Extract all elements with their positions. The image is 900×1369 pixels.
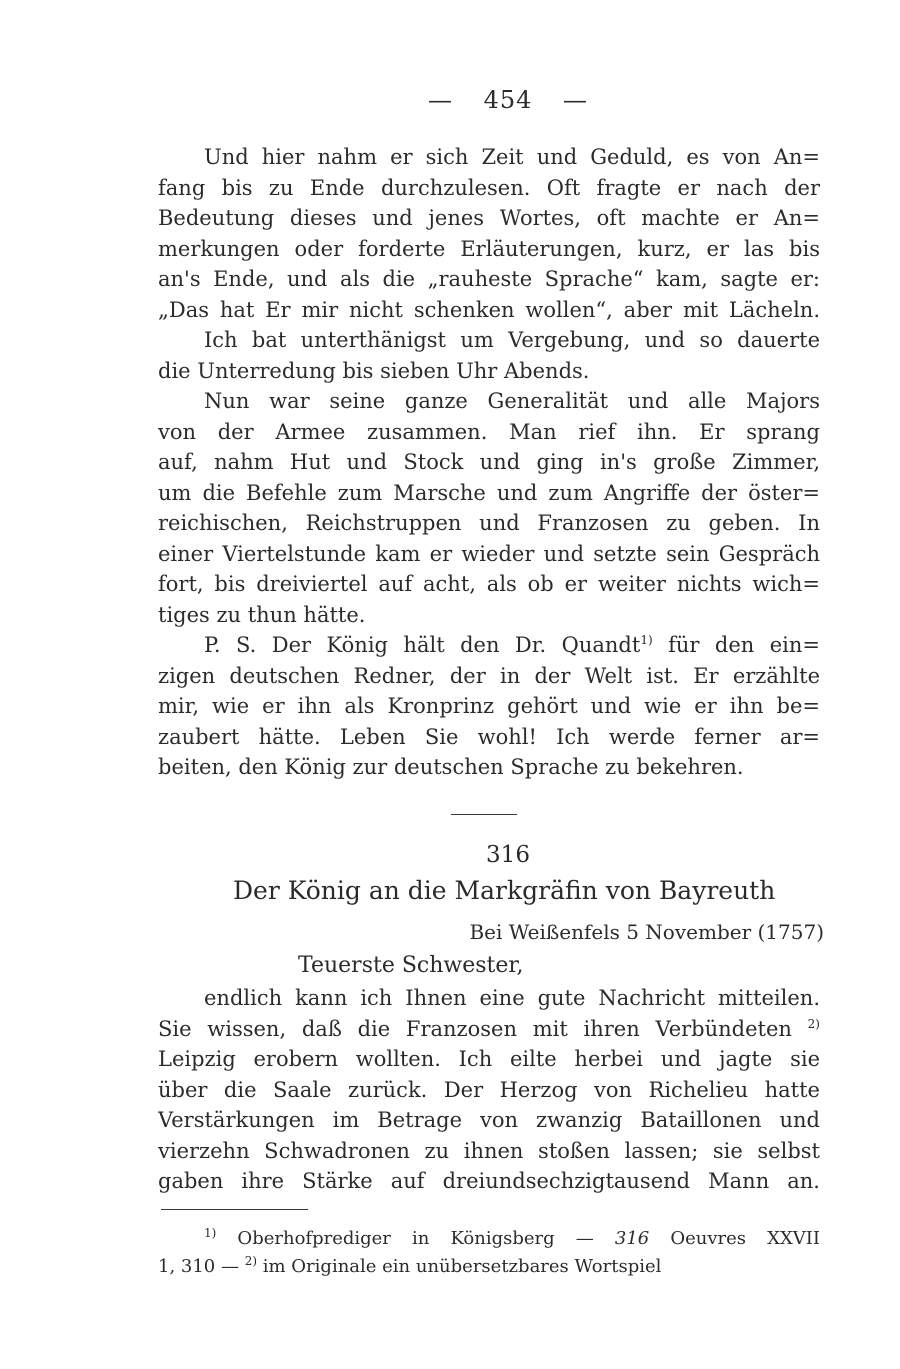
text-line: von der Armee zusammen. Man rief ihn. Er… xyxy=(158,417,820,448)
paragraph-1: Und hier nahm er sich Zeit und Geduld, e… xyxy=(158,142,820,325)
footnote-text: Oberhofprediger in Königsberg — xyxy=(216,1228,615,1249)
text-line: um die Befehle zum Marsche und zum Angri… xyxy=(158,478,820,509)
letter-number: 316 xyxy=(158,842,858,868)
text-line: Leipzig erobern wollten. Ich eilte herbe… xyxy=(158,1044,820,1075)
footnote-ref-2[interactable]: 2) xyxy=(808,1017,820,1031)
text-line: Und hier nahm er sich Zeit und Geduld, e… xyxy=(158,142,820,173)
text-line: Ich bat unterthänigst um Vergebung, und … xyxy=(158,325,820,356)
page-number: 454 xyxy=(484,86,533,114)
section-divider xyxy=(451,814,517,815)
text-line: Sie wissen, daß die Franzosen mit ihren … xyxy=(158,1014,820,1045)
text-line: beiten, den König zur deutschen Sprache … xyxy=(158,752,820,783)
footnote-marker-1: 1) xyxy=(204,1226,216,1240)
page-header: — 454 — xyxy=(158,86,858,114)
paragraph-3: Nun war seine ganze Generalität und alle… xyxy=(158,386,820,630)
letter-body: endlich kann ich Ihnen eine gute Nachric… xyxy=(158,983,820,1197)
text-line: mir, wie er ihn als Kronprinz gehört und… xyxy=(158,691,820,722)
letter-place-date: Bei Weißenfels 5 November (1757) xyxy=(469,920,824,944)
footnote-ref-1[interactable]: 1) xyxy=(640,633,652,647)
footnotes: 1) Oberhofprediger in Königsberg — 316 O… xyxy=(158,1225,820,1281)
text-line: tiges zu thun hätte. xyxy=(158,600,820,631)
paragraph-2: Ich bat unterthänigst um Vergebung, und … xyxy=(158,325,820,386)
text-line: Nun war seine ganze Generalität und alle… xyxy=(158,386,820,417)
text-line: zigen deutschen Redner, der in der Welt … xyxy=(158,661,820,692)
text-line: einer Viertelstunde kam er wieder und se… xyxy=(158,539,820,570)
footnote-text: 1, 310 — xyxy=(158,1256,245,1277)
text-line: an's Ende, und als die „rauheste Sprache… xyxy=(158,264,820,295)
letter-title: Der König an die Markgräfin von Bayreuth xyxy=(233,876,775,905)
footnote-divider xyxy=(161,1209,308,1210)
text-line: die Unterredung bis sieben Uhr Abends. xyxy=(158,356,820,387)
postscript-text: P. S. Der König hält den Dr. Quandt xyxy=(204,633,640,657)
header-dash-right: — xyxy=(563,86,588,114)
letter-salutation: Teuerste Schwester, xyxy=(298,953,524,978)
footnote-letter-ref: 316 xyxy=(615,1228,649,1249)
text-line: „Das hat Er mir nicht schenken wollen“, … xyxy=(158,295,820,326)
text-line: über die Saale zurück. Der Herzog von Ri… xyxy=(158,1075,820,1106)
footnote-line: 1) Oberhofprediger in Königsberg — 316 O… xyxy=(158,1225,820,1253)
text-line: Bedeutung dieses und jenes Wortes, oft m… xyxy=(158,203,820,234)
text-line: merkungen oder forderte Erläuterungen, k… xyxy=(158,234,820,265)
text-line: fang bis zu Ende durchzulesen. Oft fragt… xyxy=(158,173,820,204)
header-dash-left: — xyxy=(428,86,453,114)
postscript-text-tail: für den ein= xyxy=(653,633,820,657)
footnote-text: im Originale ein unübersetzbares Wortspi… xyxy=(257,1256,661,1277)
footnote-line: 1, 310 — 2) im Originale ein unübersetzb… xyxy=(158,1253,820,1281)
text-line: Verstärkungen im Betrage von zwanzig Bat… xyxy=(158,1105,820,1136)
text-line: auf, nahm Hut und Stock und ging in's gr… xyxy=(158,447,820,478)
text-line: gaben ihre Stärke auf dreiundsechzigtaus… xyxy=(158,1166,820,1197)
text-line: reichischen, Reichstruppen und Franzosen… xyxy=(158,508,820,539)
text-line: vierzehn Schwadronen zu ihnen stoßen las… xyxy=(158,1136,820,1167)
text-line: fort, bis dreiviertel auf acht, als ob e… xyxy=(158,569,820,600)
letter-text: Sie wissen, daß die Franzosen mit ihren … xyxy=(158,1017,792,1041)
footnote-text: Oeuvres XXVII xyxy=(649,1228,820,1249)
continued-letter-text: Und hier nahm er sich Zeit und Geduld, e… xyxy=(158,142,820,783)
paragraph-postscript: P. S. Der König hält den Dr. Quandt1) fü… xyxy=(158,630,820,783)
text-line: zaubert hätte. Leben Sie wohl! Ich werde… xyxy=(158,722,820,753)
text-line: P. S. Der König hält den Dr. Quandt1) fü… xyxy=(158,630,820,661)
text-line: endlich kann ich Ihnen eine gute Nachric… xyxy=(158,983,820,1014)
footnote-marker-2: 2) xyxy=(245,1254,257,1268)
